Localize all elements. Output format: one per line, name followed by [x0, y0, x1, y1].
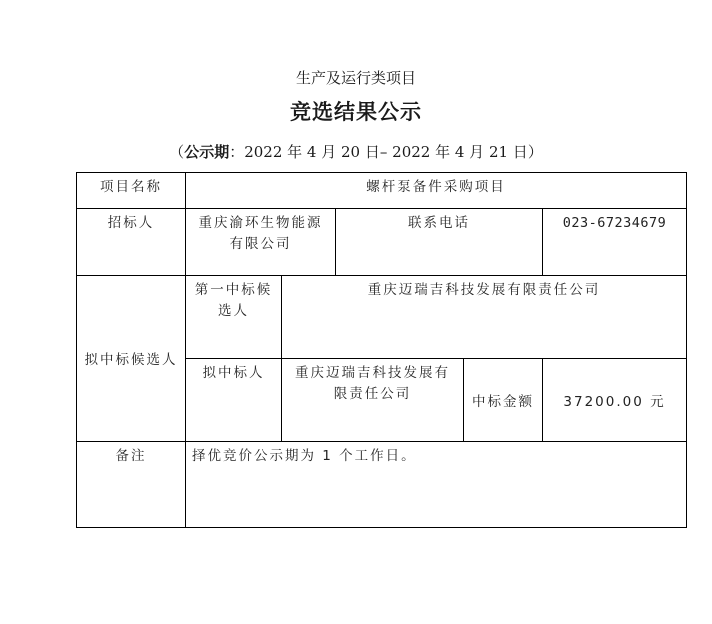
period-label: 公示期 [184, 143, 229, 161]
candidates-label: 拟中标候选人 [77, 276, 186, 442]
period-end: 2022 年 4 月 21 日 [392, 143, 528, 161]
bid-amount-label: 中标金额 [464, 359, 543, 442]
period-prefix: （ [169, 143, 184, 161]
first-candidate-value: 重庆迈瑞吉科技发展有限责任公司 [282, 276, 687, 359]
row-first-candidate: 拟中标候选人 第一中标候选人 重庆迈瑞吉科技发展有限责任公司 [77, 276, 687, 359]
period-separator: – [380, 143, 392, 161]
contact-phone-value: 023-67234679 [543, 209, 687, 276]
period-suffix: ） [528, 143, 543, 161]
proposed-winner-value: 重庆迈瑞吉科技发展有限责任公司 [282, 359, 464, 442]
tenderer-value: 重庆渝环生物能源有限公司 [186, 209, 336, 276]
period-colon: ： [229, 143, 244, 161]
bid-amount-value: 37200.00 元 [543, 359, 687, 442]
period-start: 2022 年 4 月 20 日 [244, 143, 380, 161]
contact-phone-label: 联系电话 [336, 209, 543, 276]
row-tenderer: 招标人 重庆渝环生物能源有限公司 联系电话 023-67234679 [77, 209, 687, 276]
tenderer-label: 招标人 [77, 209, 186, 276]
project-name-label: 项目名称 [77, 173, 186, 209]
publicity-period: （公示期：2022 年 4 月 20 日– 2022 年 4 月 21 日） [0, 141, 712, 162]
document-title: 竞选结果公示 [0, 96, 712, 126]
proposed-winner-label: 拟中标人 [186, 359, 282, 442]
remarks-label: 备注 [77, 442, 186, 528]
result-table: 项目名称 螺杆泵备件采购项目 招标人 重庆渝环生物能源有限公司 联系电话 023… [76, 172, 687, 528]
project-name-value: 螺杆泵备件采购项目 [186, 173, 687, 209]
first-candidate-label: 第一中标候选人 [186, 276, 282, 359]
row-remarks: 备注 择优竞价公示期为 1 个工作日。 [77, 442, 687, 528]
remarks-value: 择优竞价公示期为 1 个工作日。 [186, 442, 687, 528]
document-subtitle: 生产及运行类项目 [0, 67, 712, 88]
row-project-name: 项目名称 螺杆泵备件采购项目 [77, 173, 687, 209]
